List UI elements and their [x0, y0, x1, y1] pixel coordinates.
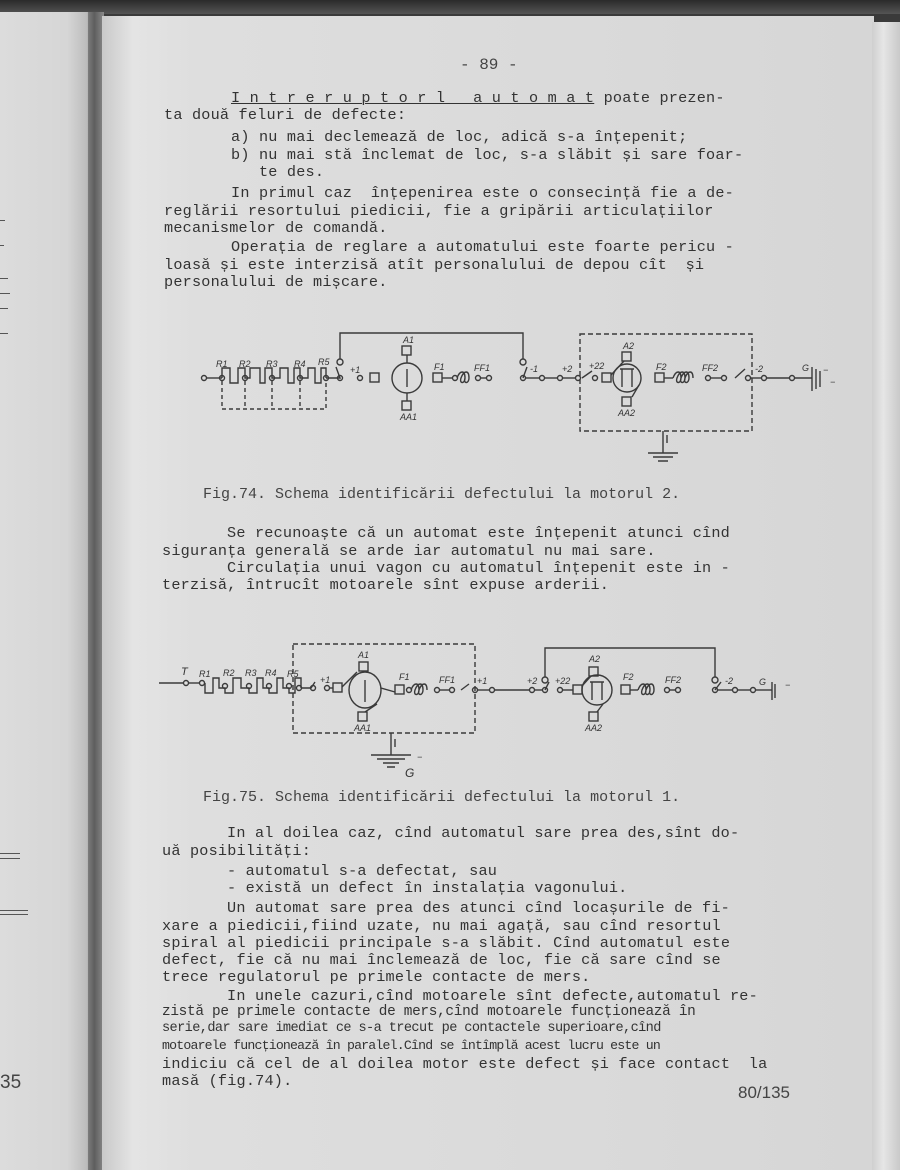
svg-text:G: G — [802, 363, 809, 373]
case2-intro-line-1: In al doilea caz, cînd automatul sare pr… — [227, 824, 739, 842]
svg-text:AA2: AA2 — [584, 723, 602, 733]
case2-explain-2: xare a piedicii,fiind uzate, nu mai agaț… — [162, 917, 721, 935]
svg-text:T: T — [181, 666, 189, 678]
figure-74-diagram: R1R2R3R4R5 +1 A1AA1 F1FF1 -1+2+22 A2AA2 … — [190, 325, 870, 475]
page-edge — [872, 22, 900, 1170]
svg-text:−: − — [823, 365, 828, 375]
svg-text:R4: R4 — [294, 359, 306, 369]
case2-explain-4: defect, fie că nu mai înclemează de loc,… — [162, 951, 721, 969]
case2-explain-3: spiral al piedicii principale s-a slăbit… — [162, 934, 730, 952]
svg-text:+1: +1 — [477, 676, 487, 686]
svg-text:R5: R5 — [318, 357, 330, 367]
svg-text:R3: R3 — [266, 359, 278, 369]
svg-text:R2: R2 — [223, 668, 235, 678]
left-page — [0, 12, 96, 1170]
svg-text:-1: -1 — [530, 364, 538, 374]
svg-text:R5: R5 — [287, 669, 299, 679]
case1-line-1: In primul caz înțepenirea este o conseci… — [231, 184, 734, 202]
svg-text:-2: -2 — [755, 364, 763, 374]
svg-text:R1: R1 — [216, 359, 228, 369]
case1-line-3: mecanismelor de comandă. — [164, 219, 388, 237]
svg-text:G: G — [405, 766, 414, 780]
svg-text:+22: +22 — [555, 676, 570, 686]
warning-line-3: personalului de mișcare. — [164, 273, 388, 291]
svg-text:R2: R2 — [239, 359, 251, 369]
warning-line-2: loasă și este interzisă atît personalulu… — [164, 256, 704, 274]
svg-text:FF2: FF2 — [665, 675, 681, 685]
recognition-line-3: Circulația unui vagon cu automatul înțep… — [227, 559, 730, 577]
case2-final-6: masă (fig.74). — [162, 1072, 292, 1090]
svg-text:R4: R4 — [265, 668, 277, 678]
svg-text:AA1: AA1 — [399, 412, 417, 422]
svg-text:F2: F2 — [656, 362, 667, 372]
left-page-number-fragment: 35 — [0, 1072, 21, 1094]
svg-text:A1: A1 — [402, 335, 414, 345]
svg-text:+2: +2 — [562, 364, 572, 374]
svg-text:F1: F1 — [434, 362, 445, 372]
term-intreruptor-automat: I n t r e r u p t o r l a u t o m a t — [231, 89, 594, 107]
warning-line-1: Operația de reglare a automatului este f… — [231, 238, 734, 256]
svg-text:+1: +1 — [350, 365, 360, 375]
svg-text:AA1: AA1 — [353, 723, 371, 733]
svg-text:+22: +22 — [589, 361, 604, 371]
svg-text:R3: R3 — [245, 668, 257, 678]
svg-text:F2: F2 — [623, 672, 634, 682]
case2-final-4: motoarele funcționează în paralel.Cînd s… — [162, 1038, 660, 1053]
recognition-line-2: siguranța generală se arde iar automatul… — [162, 542, 656, 560]
svg-text:A2: A2 — [588, 654, 600, 664]
svg-text:AA2: AA2 — [617, 408, 635, 418]
case2-final-1: In unele cazuri,cînd motoarele sînt defe… — [227, 987, 758, 1005]
footer-page-counter: 80/135 — [738, 1083, 790, 1103]
svg-text:F1: F1 — [399, 672, 410, 682]
case2-explain-5: trece regulatorul pe primele contacte de… — [162, 968, 590, 986]
svg-text:−: − — [417, 752, 422, 762]
figure-75-diagram: TR1R2R3R4R5 +1 A1AA1 F1FF1 +1+2+22 A2AA2… — [155, 640, 835, 780]
case2-intro-line-2: uă posibilități: — [162, 842, 311, 860]
svg-text:A1: A1 — [357, 650, 369, 660]
case2-final-5: indiciu că cel de al doilea motor este d… — [162, 1055, 767, 1073]
svg-text:+1: +1 — [320, 675, 330, 685]
intro-line-2: ta două feluri de defecte: — [164, 106, 406, 124]
case2-final-3: serie,dar sare imediat ce s-a trecut pe … — [162, 1021, 661, 1036]
case2-list-2: - există un defect în instalația vagonul… — [227, 879, 628, 897]
scan-top-shadow — [0, 0, 900, 14]
intro-line-1: I n t r e r u p t o r l a u t o m a t po… — [231, 89, 725, 107]
svg-text:−: − — [830, 377, 835, 387]
case1-line-2: reglării resortului piedicii, fie a grip… — [164, 202, 714, 220]
svg-text:R1: R1 — [199, 669, 211, 679]
svg-text:+2: +2 — [527, 676, 537, 686]
recognition-line-4: terzisă, întrucît motoarele sînt expuse … — [162, 576, 609, 594]
case2-list-1: - automatul s-a defectat, sau — [227, 862, 497, 880]
defect-b: b) nu mai stă înclemat de loc, s-a slăbi… — [231, 146, 743, 164]
svg-text:G: G — [759, 677, 766, 687]
svg-text:A2: A2 — [622, 341, 634, 351]
svg-text:FF1: FF1 — [439, 675, 455, 685]
figure-75-caption: Fig.75. Schema identificării defectului … — [203, 789, 680, 806]
figure-74-caption: Fig.74. Schema identificării defectului … — [203, 486, 680, 503]
svg-text:-2: -2 — [725, 676, 733, 686]
defect-a: a) nu mai declemează de loc, adică s-a î… — [231, 128, 687, 146]
svg-text:FF1: FF1 — [474, 363, 490, 373]
svg-text:FF2: FF2 — [702, 363, 718, 373]
case2-final-2: zistă pe primele contacte de mers,cînd m… — [162, 1004, 696, 1020]
recognition-line-1: Se recunoaște că un automat este înțepen… — [227, 524, 730, 542]
case2-explain-1: Un automat sare prea des atunci cînd loc… — [227, 899, 730, 917]
svg-text:−: − — [785, 680, 790, 690]
defect-b-cont: te des. — [231, 163, 324, 181]
page-number: - 89 - — [460, 56, 518, 74]
